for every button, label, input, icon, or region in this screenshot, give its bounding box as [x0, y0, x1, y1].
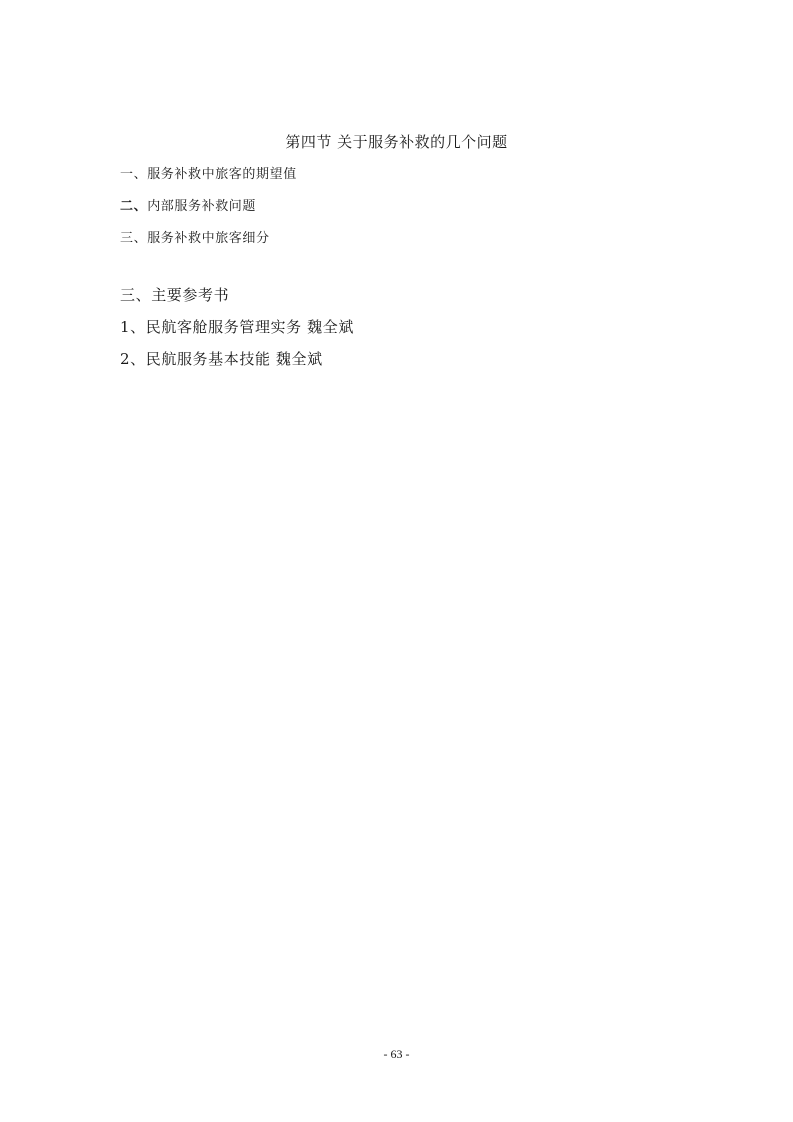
outline-number: 三、	[120, 231, 147, 246]
document-page: 第四节 关于服务补救的几个问题 一、服务补救中旅客的期望值 二、内部服务补救问题…	[0, 0, 793, 1122]
outline-item: 二、内部服务补救问题	[120, 198, 256, 216]
page-number: - 63 -	[0, 1046, 793, 1062]
outline-item: 三、服务补救中旅客细分	[120, 230, 270, 248]
reference-item: 1、民航客舱服务管理实务 魏全斌	[120, 317, 354, 337]
outline-text: 服务补救中旅客细分	[147, 231, 269, 246]
outline-text: 内部服务补救问题	[147, 199, 256, 214]
reference-item: 2、民航服务基本技能 魏全斌	[120, 349, 323, 369]
outline-item: 一、服务补救中旅客的期望值	[120, 166, 297, 184]
section-title: 第四节 关于服务补救的几个问题	[0, 132, 793, 152]
outline-number: 一、	[120, 167, 147, 182]
outline-text: 服务补救中旅客的期望值	[147, 167, 297, 182]
references-heading: 三、主要参考书	[120, 285, 229, 305]
outline-number: 二、	[120, 199, 147, 214]
